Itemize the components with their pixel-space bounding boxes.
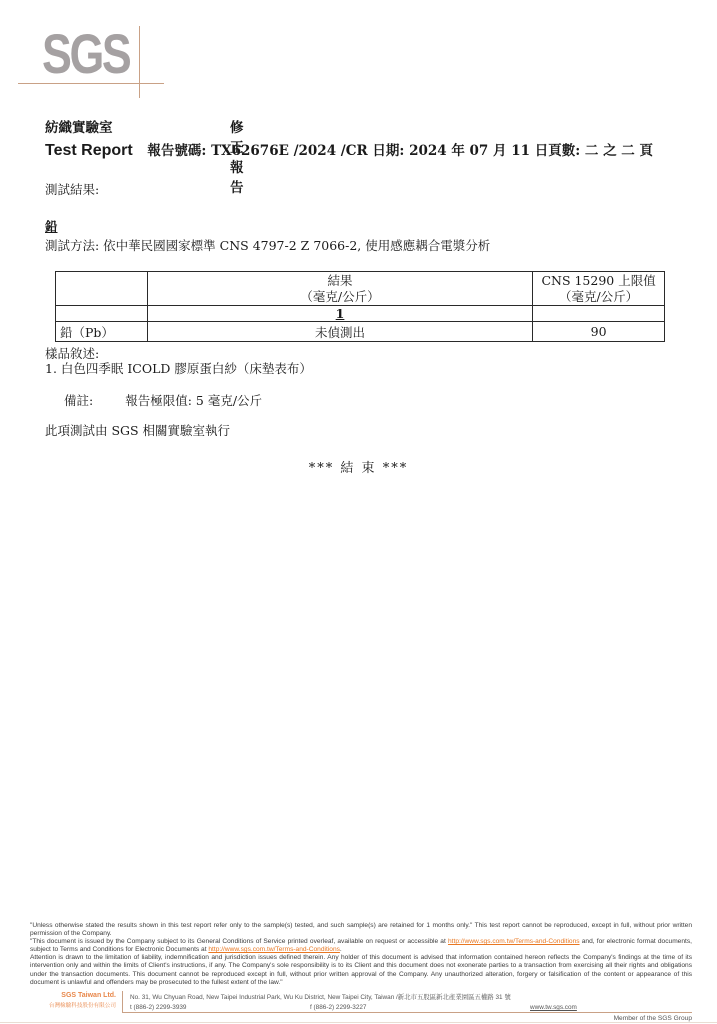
page-bottom-edge (0, 1022, 717, 1023)
footer-company-block: SGS Taiwan Ltd. 台灣檢驗科技股份有限公司 (30, 992, 116, 1009)
analyte-lead-heading: 鉛 (45, 217, 58, 235)
disclaimer-paragraph-3: Attention is drawn to the limitation of … (30, 954, 692, 986)
sample-number: 1 (336, 306, 345, 321)
limit-header-line2: （毫克/公斤） (537, 289, 660, 305)
table-row: 鉛（Pb） 未偵測出 90 (56, 322, 665, 342)
footer-horizontal-rule (122, 1012, 692, 1013)
header-cell-result: 結果 （毫克/公斤） (147, 272, 532, 306)
header-row-report: Test Report 報告號碼: TX62676E /2024 /CR 日期:… (45, 139, 653, 160)
limit-header-line1: CNS 15290 上限值 (537, 273, 660, 289)
report-number-line: 報告號碼: TX62676E /2024 /CR 日期: 2024 年 07 月… (147, 143, 653, 159)
end-of-report-marker: *** 結 束 *** (0, 457, 717, 476)
terms-and-conditions-link-1[interactable]: http://www.sgs.com.tw/Terms-and-Conditio… (448, 938, 580, 945)
sampleno-cell-empty2 (533, 306, 665, 322)
logo-vertical-line (139, 26, 140, 98)
footer-vertical-divider (122, 991, 123, 1012)
fax-number: f (886-2) 2299-3227 (310, 1004, 367, 1011)
result-value-cell: 未偵測出 (147, 322, 532, 342)
disclaimer-p2-text1: "This document is issued by the Company … (30, 938, 448, 945)
sample-item: 1. 白色四季眠 ICOLD 膠原蛋白紗（床墊表布） (45, 359, 312, 377)
result-header-line2: （毫克/公斤） (152, 289, 528, 305)
remark-row: 備註: 報告極限值: 5 毫克/公斤 (64, 391, 262, 409)
phone-number: t (886-2) 2299-3939 (130, 1004, 187, 1011)
company-name-en: SGS Taiwan Ltd. (30, 992, 116, 999)
lab-name: 紡織實驗室 (45, 120, 113, 136)
company-name-zh: 台灣檢驗科技股份有限公司 (30, 1001, 116, 1009)
header-cell-limit: CNS 15290 上限值 （毫克/公斤） (533, 272, 665, 306)
limit-value-cell: 90 (533, 322, 665, 342)
execution-note: 此項測試由 SGS 相關實驗室執行 (45, 421, 230, 439)
result-header-line1: 結果 (152, 273, 528, 289)
test-report-page: SGS 紡織實驗室 修正報告 Test Report 報告號碼: TX62676… (0, 0, 717, 1024)
test-method-line: 測試方法: 依中華民國國家標準 CNS 4797-2 Z 7066-2, 使用感… (45, 236, 490, 254)
disclaimer-paragraph-1: "Unless otherwise stated the results sho… (30, 922, 692, 938)
header-row-lab: 紡織實驗室 修正報告 (45, 116, 113, 136)
sgs-logo: SGS (20, 18, 180, 102)
remark-text: 報告極限值: 5 毫克/公斤 (125, 393, 262, 408)
table-header-row: 結果 （毫克/公斤） CNS 15290 上限值 （毫克/公斤） (56, 272, 665, 306)
footer-address-block: No. 31, Wu Chyuan Road, New Taipei Indus… (130, 992, 692, 1013)
sampleno-cell-empty1 (56, 306, 148, 322)
company-address: No. 31, Wu Chyuan Road, New Taipei Indus… (130, 992, 692, 1001)
disclaimer-p2-text3: . (340, 946, 342, 953)
remark-label: 備註: (64, 393, 93, 408)
sgs-logo-text: SGS (42, 26, 129, 82)
website-link[interactable]: www.tw.sgs.com (530, 1004, 577, 1011)
disclaimer-paragraph-2: "This document is issued by the Company … (30, 938, 692, 954)
test-report-title: Test Report (45, 142, 133, 159)
header-cell-empty (56, 272, 148, 306)
results-table: 結果 （毫克/公斤） CNS 15290 上限值 （毫克/公斤） 1 鉛（Pb）… (55, 271, 665, 342)
disclaimer-fine-print: "Unless otherwise stated the results sho… (30, 922, 692, 987)
sampleno-cell: 1 (147, 306, 532, 322)
terms-and-conditions-link-2[interactable]: http://www.sgs.com.tw/Terms-and-Conditio… (208, 946, 340, 953)
test-results-heading: 測試結果: (45, 180, 99, 198)
sample-number-row: 1 (56, 306, 665, 322)
analyte-name-cell: 鉛（Pb） (56, 322, 148, 342)
sgs-group-member-note: Member of the SGS Group (130, 1015, 692, 1022)
